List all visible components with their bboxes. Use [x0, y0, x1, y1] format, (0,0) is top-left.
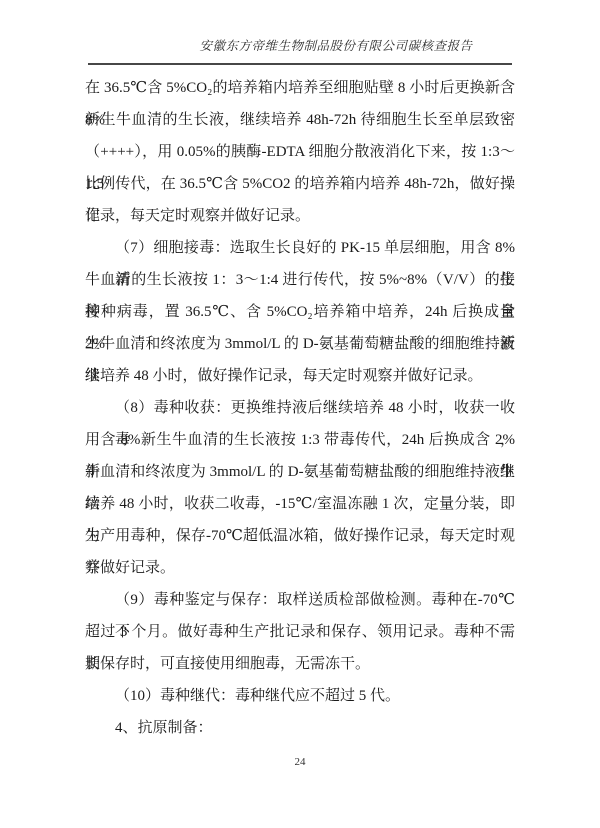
header-divider — [88, 63, 512, 65]
text-line: 生牛血清和终浓度为 3mmol/L 的 D-氨基葡萄糖盐酸的细胞维持液继 — [85, 328, 515, 360]
page-number: 24 — [0, 756, 600, 768]
document-body: 在 36.5℃含 5%CO₂的培养箱内培养至细胞贴壁 8 小时后更换新含 8%新… — [85, 72, 515, 744]
text-line: （7）细胞接毒：选取生长良好的 PK-15 单层细胞，用含 8%新生 — [85, 232, 515, 264]
text-line: （8）毒种收获：更换维持液后继续培养 48 小时，收获一收毒， — [85, 392, 515, 424]
text-line: （10）毒种继代：毒种继代应不超过 5 代。 — [85, 680, 515, 712]
text-line: 超过 3 个月。做好毒种生产批记录和保存、领用记录。毒种不需长 — [85, 616, 515, 648]
text-line: 接种病毒，置 36.5℃、含 5%CO₂培养箱中培养，24h 后换成含 2%新 — [85, 296, 515, 328]
text-line: 生产用毒种，保存-70℃超低温冰箱，做好操作记录，每天定时观察 — [85, 520, 515, 552]
text-line: 牛血清的生长液按 1：3～1:4 进行传代，按 5%~8%（V/V）的接种量 — [85, 264, 515, 296]
text-line: （9）毒种鉴定与保存：取样送质检部做检测。毒种在-70℃不 — [85, 584, 515, 616]
text-line: 用含 8%新生牛血清的生长液按 1:3 带毒传代，24h 后换成含 2%新生 — [85, 424, 515, 456]
text-line: 牛血清和终浓度为 3mmol/L 的 D-氨基葡萄糖盐酸的细胞维持液继续 — [85, 456, 515, 488]
text-line: 在 36.5℃含 5%CO₂的培养箱内培养至细胞贴壁 8 小时后更换新含 8% — [85, 72, 515, 104]
text-line: 4、抗原制备： — [85, 712, 515, 744]
text-line: 培养 48 小时，收获二收毒，-15℃/室温冻融 1 次，定量分装，即为 — [85, 488, 515, 520]
text-line: 并做好记录。 — [85, 552, 515, 584]
text-line: 比例传代，在 36.5℃含 5%CO2 的培养箱内培养 48h-72h，做好操作 — [85, 168, 515, 200]
text-line: 续培养 48 小时，做好操作记录，每天定时观察并做好记录。 — [85, 360, 515, 392]
text-line: 记录，每天定时观察并做好记录。 — [85, 200, 515, 232]
text-line: 期保存时，可直接使用细胞毒，无需冻干。 — [85, 648, 515, 680]
text-line: 新生牛血清的生长液，继续培养 48h-72h 待细胞生长至单层致密 — [85, 104, 515, 136]
page-header-title: 安徽东方帝维生物制品股份有限公司碳核查报告 — [85, 36, 515, 54]
document-page: 安徽东方帝维生物制品股份有限公司碳核查报告 在 36.5℃含 5%CO₂的培养箱… — [0, 0, 600, 828]
text-line: （++++），用 0.05%的胰酶-EDTA 细胞分散液消化下来，按 1:3～1… — [85, 136, 515, 168]
